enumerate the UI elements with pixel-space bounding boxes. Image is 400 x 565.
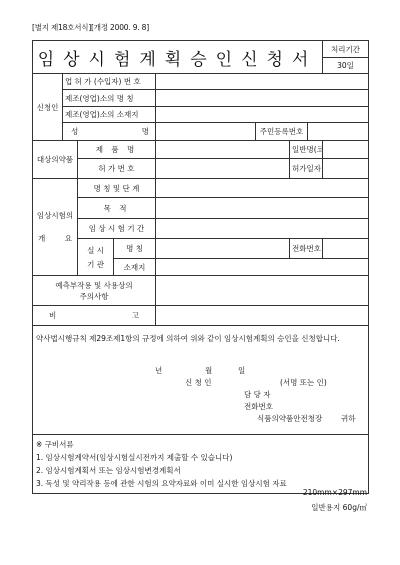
form-title: 임상시험계획승인신청서 (33, 41, 323, 74)
site-label: 실 시 기 관 (78, 239, 114, 276)
applicant-signature-label: 신 청 인 (185, 376, 212, 390)
overview-label-left: 개 (38, 233, 45, 244)
permit-number-label: 허 가 번 호 (78, 159, 156, 179)
site-address-field[interactable] (156, 259, 369, 276)
date-year: 년 (155, 364, 162, 378)
site-address-label: 소재지 (114, 259, 156, 276)
trial-period-label: 임 상 시 험 기 간 (78, 219, 156, 239)
side-effects-label-line2: 주의사항 (35, 291, 153, 302)
required-document-item: 1. 임상시험계약서(임상시험실시전까지 제출할 수 있습니다) (36, 451, 365, 464)
overview-section-label: 임상시험의 개 요 (33, 179, 78, 276)
processing-period-label: 처리기간 (323, 41, 369, 58)
site-phone-field[interactable] (323, 239, 369, 259)
product-name-label: 제 품 명 (78, 141, 156, 159)
generic-name-field[interactable] (323, 141, 369, 159)
name-label-right: 명 (142, 126, 153, 137)
applicant-section-label: 신청인 (33, 74, 63, 141)
product-name-field[interactable] (156, 141, 290, 159)
overview-label-line1: 임상시험의 (35, 210, 75, 221)
resident-number-label: 주민등록번호 (256, 123, 308, 141)
overview-label-line2: 개 요 (35, 233, 75, 244)
application-form-table: 임상시험계획승인신청서 처리기간 30일 신청인 업 허 가 (수입자) 번 호… (32, 40, 369, 494)
facility-address-label: 제조(영업)소의 소재지 (63, 107, 156, 123)
remarks-label: 비 고 (33, 306, 156, 326)
declaration-text: 약사법시행규칙 제29조제1항의 규정에 의하여 위와 같이 임상시험계획의 승… (36, 332, 366, 346)
required-document-item: 2. 임상시험계획서 또는 임상시험변경계획서 (36, 464, 365, 477)
title-phase-field[interactable] (156, 179, 369, 198)
name-label: 성 명 (63, 123, 156, 141)
side-effects-label-line1: 예측부작용 및 사용상의 (35, 280, 153, 291)
generic-name-label: 일반명(코드명) (290, 141, 323, 159)
name-label-left: 성 (65, 126, 78, 137)
declaration-block: 약사법시행규칙 제29조제1항의 규정에 의하여 위와 같이 임상시험계획의 승… (33, 326, 369, 435)
facility-address-field[interactable] (156, 107, 369, 123)
signature-note: (서명 또는 인) (280, 376, 327, 390)
resident-number-field[interactable] (308, 123, 369, 141)
paper-size: 210mm×297mm (303, 488, 367, 497)
remarks-field[interactable] (156, 306, 369, 326)
license-number-field[interactable] (156, 74, 369, 90)
drug-section-label: 대상의약품 (33, 141, 78, 179)
permit-date-field[interactable] (323, 159, 369, 179)
processing-period-value: 30일 (323, 58, 369, 74)
side-effects-label: 예측부작용 및 사용상의 주의사항 (33, 276, 156, 306)
facility-name-field[interactable] (156, 90, 369, 107)
permit-number-field[interactable] (156, 159, 290, 179)
title-phase-label: 명 칭 및 단 계 (78, 179, 156, 198)
purpose-field[interactable] (156, 198, 369, 219)
name-field[interactable] (156, 123, 256, 141)
site-name-label: 명 칭 (114, 239, 156, 259)
paper-type: 일반용지 60g/㎡ (311, 502, 367, 513)
trial-period-field[interactable] (156, 219, 369, 239)
side-effects-field[interactable] (156, 276, 369, 306)
site-phone-label: 전화번호 (290, 239, 323, 259)
required-documents-heading: ※ 구비서류 (36, 438, 365, 451)
license-number-label: 업 허 가 (수입자) 번 호 (63, 74, 156, 90)
form-reference: [별지 제18호서식][개정 2000. 9. 8] (32, 22, 149, 33)
site-label-line1: 실 시 (80, 245, 111, 256)
purpose-label: 목 적 (78, 198, 156, 219)
date-day: 일 (238, 364, 245, 378)
remarks-label-right: 고 (132, 310, 153, 321)
overview-label-right: 요 (65, 233, 72, 244)
required-documents: ※ 구비서류 1. 임상시험계약서(임상시험실시전까지 제출할 수 있습니다) … (33, 435, 369, 494)
site-name-field[interactable] (156, 239, 290, 259)
addressee: 식품의약품안전청장 (257, 412, 322, 426)
facility-name-label: 제조(영업)소의 명 칭 (63, 90, 156, 107)
site-label-line2: 기 관 (80, 259, 111, 270)
remarks-label-left: 비 (35, 310, 56, 321)
permit-date-label: 허가일자 (290, 159, 323, 179)
honorific: 귀하 (341, 412, 356, 426)
